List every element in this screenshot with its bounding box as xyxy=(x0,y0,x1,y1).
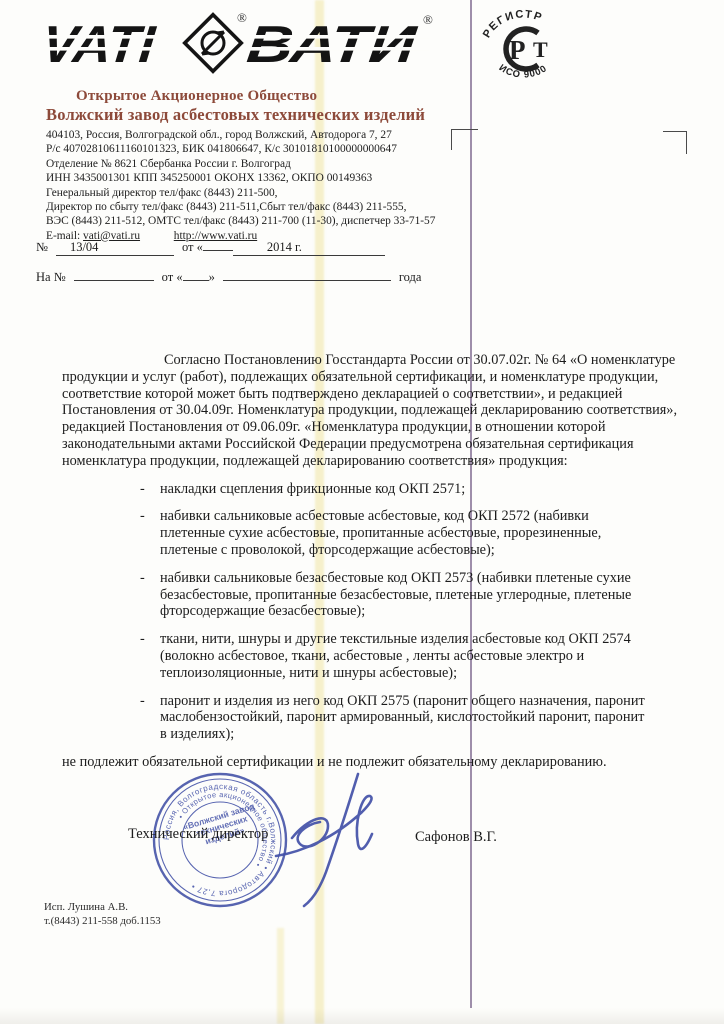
logo-stripe xyxy=(247,35,429,39)
re-no-blank xyxy=(74,280,154,281)
bullet-dash: - xyxy=(140,508,160,558)
bank-account-line: Р/с 40702810611160101323, БИК 041806647,… xyxy=(46,142,435,156)
address-line: 404103, Россия, Волгоградской обл., горо… xyxy=(46,128,435,142)
ref-from-label: от « xyxy=(182,240,203,254)
bullet-dash: - xyxy=(140,481,160,498)
bullet-dash: - xyxy=(140,693,160,743)
cert-mark-letter-p: Р xyxy=(509,35,526,65)
org-name-line2: Волжский завод асбестовых технических из… xyxy=(46,105,425,125)
phone-line-director: Генеральный директор тел/факс (8443) 211… xyxy=(46,186,435,200)
list-item-text: накладки сцепления фрикционные код ОКП 2… xyxy=(160,481,652,498)
phone-line-ves: ВЭС (8443) 211-512, ОМТС тел/факс (8443)… xyxy=(46,214,435,228)
vati-diamond-icon xyxy=(185,15,242,72)
registered-mark-icon: ® xyxy=(423,12,433,27)
re-date-blank xyxy=(223,280,391,281)
rst-iso9000-mark-icon: РЕГИСТР Р Т ИСО 9000 xyxy=(477,6,569,86)
main-paragraph: Согласно Постановлению Госстандарта Росс… xyxy=(62,352,707,470)
list-item: - набивки сальниковые безасбестовые код … xyxy=(140,570,652,620)
list-item: - накладки сцепления фрикционные код ОКП… xyxy=(140,481,652,498)
list-item-text: паронит и изделия из него код ОКП 2575 (… xyxy=(160,693,652,743)
signer-title: Технический директор xyxy=(128,826,268,843)
logo-stripe xyxy=(44,47,170,51)
re-quote-close: » xyxy=(209,270,215,284)
ref-no-label: № xyxy=(36,240,48,254)
ref-year-value: 2014 г. xyxy=(233,240,385,256)
bullet-dash: - xyxy=(140,631,160,681)
re-year-word: года xyxy=(399,270,422,284)
list-item-text: набивки сальниковые безасбестовые код ОК… xyxy=(160,570,652,620)
list-item: - набивки сальниковые асбестовые асбесто… xyxy=(140,508,652,558)
executor-phone: т.(8443) 211-558 доб.1153 xyxy=(44,915,161,929)
signer-name: Сафонов В.Г. xyxy=(415,829,497,846)
list-item: - ткани, нити, шнуры и другие текстильны… xyxy=(140,631,652,681)
logo-stripe xyxy=(247,47,429,51)
ref-date-blank xyxy=(203,250,233,251)
phone-line-sales: Директор по сбыту тел/факс (8443) 211-51… xyxy=(46,200,435,214)
logo-stripe xyxy=(44,35,170,39)
svg-text:ИСО 9000: ИСО 9000 xyxy=(497,62,550,80)
tax-codes-line: ИНН 3435001301 КПП 345250001 ОКОНХ 13362… xyxy=(46,171,435,185)
executor-name: Исп. Лушина А.В. xyxy=(44,901,161,915)
vati-logo-latin: VATI xyxy=(44,16,159,74)
outgoing-ref-line: №13/04от «2014 г. xyxy=(36,240,385,256)
re-from-label: от « xyxy=(162,270,183,284)
executor-block: Исп. Лушина А.В. т.(8443) 211-558 доб.11… xyxy=(44,901,161,928)
scanned-letter-page: VATI ® ВАТИ ® РЕГИСТР Р Т ИСО 9000 Откры… xyxy=(0,0,724,1024)
org-name-line1: Открытое Акционерное Общество xyxy=(76,88,317,105)
registered-mark-icon: ® xyxy=(237,10,247,25)
scan-artifact-yellow-band-2 xyxy=(277,928,284,1024)
bullet-dash: - xyxy=(140,570,160,620)
contacts-block: 404103, Россия, Волгоградской обл., горо… xyxy=(46,128,435,243)
okp-items-list: - накладки сцепления фрикционные код ОКП… xyxy=(62,481,707,743)
corner-mark-left-icon xyxy=(451,129,478,150)
bank-branch-line: Отделение № 8621 Сбербанка России г. Вол… xyxy=(46,157,435,171)
list-item: - паронит и изделия из него код ОКП 2575… xyxy=(140,693,652,743)
list-item-text: ткани, нити, шнуры и другие текстильные … xyxy=(160,631,652,681)
re-no-label: На № xyxy=(36,270,66,284)
re-day-blank xyxy=(183,280,209,281)
vati-logo: VATI ® ВАТИ ® xyxy=(44,10,464,74)
signature-scribble-icon xyxy=(262,760,392,910)
ref-no-value: 13/04 xyxy=(56,240,174,256)
cert-mark-letter-t: Т xyxy=(533,37,548,62)
list-item-text: набивки сальниковые асбестовые асбестовы… xyxy=(160,508,652,558)
incoming-ref-line: На №от «»года xyxy=(36,270,421,285)
vati-logo-cyrillic: ВАТИ xyxy=(244,16,420,74)
cert-mark-bottom-text: ИСО 9000 xyxy=(497,62,550,80)
letter-body: Согласно Постановлению Госстандарта Росс… xyxy=(62,352,707,771)
corner-mark-right-icon xyxy=(663,131,687,154)
